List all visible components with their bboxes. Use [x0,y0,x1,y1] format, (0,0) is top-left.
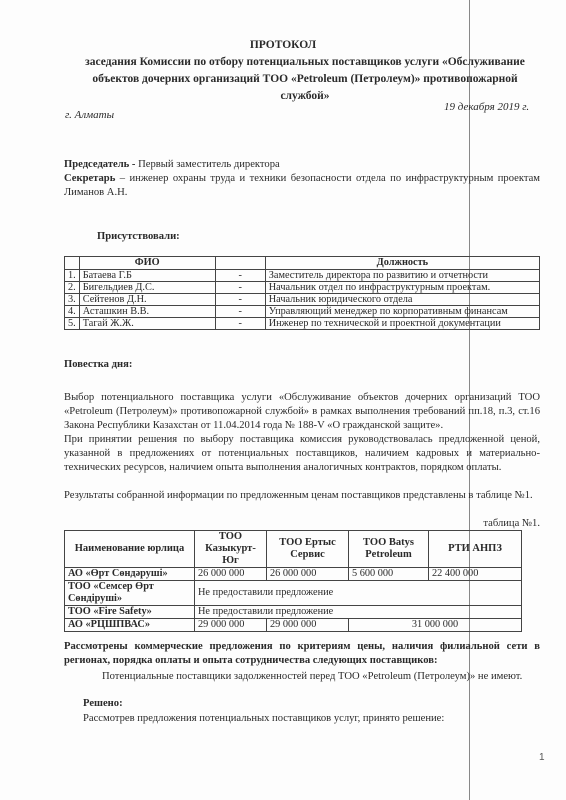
price-cell: 5 600 000 [349,568,429,581]
table-caption: таблица №1. [64,517,540,531]
table-row: 5.Тагай Ж.Ж.-Инженер по технической и пр… [65,318,540,330]
table-row: АО «Өрт Сөндәруші»26 000 00026 000 0005 … [65,568,522,581]
table-row: 1.Батаева Г.Б-Заместитель директора по р… [65,270,540,282]
price-table: Наименование юрлица ТОО Казыкурт-Юг ТОО … [64,530,522,632]
member-num: 4. [65,306,80,318]
review-heading: Рассмотрены коммерческие предложения по … [64,640,540,668]
agenda-paragraph-3: Результаты собранной информации по предл… [64,489,540,503]
table-row: 3.Сейтенов Д.Н.-Начальник юридического о… [65,294,540,306]
price-cell: 31 000 000 [349,619,522,632]
members-table: ФИО Должность 1.Батаева Г.Б-Заместитель … [64,256,540,330]
member-num: 5. [65,318,80,330]
price-cell: 29 000 000 [267,619,349,632]
member-position: Управляющий менеджер по корпоративным фи… [265,306,539,318]
secretary-label: Секретарь [64,173,115,184]
chair-label: Председатель - [64,159,135,170]
document-title: ПРОТОКОЛ [0,39,566,51]
member-name: Батаева Г.Б [79,270,215,282]
header-ertys: ТОО Ертыс Сервис [267,531,349,568]
document-date: 19 декабря 2019 г. [444,101,529,113]
chair-text: Первый заместитель директора [135,159,279,170]
agenda-paragraph-1: Выбор потенциального поставщика услуги «… [64,391,540,433]
header-rti-anpz: РТИ АНПЗ [429,531,522,568]
entity-name: ТОО «Семсер Өрт Сөндіруші» [65,581,195,606]
table-row: АО «РЦШПВАС»29 000 00029 000 00031 000 0… [65,619,522,632]
entity-name: ТОО «Fire Safety» [65,606,195,619]
member-position: Начальник отдел по инфраструктурным прое… [265,282,539,294]
member-position: Заместитель директора по развитию и отче… [265,270,539,282]
entity-name: АО «Өрт Сөндәруші» [65,568,195,581]
header-blank [215,257,265,270]
member-name: Бигельдиев Д.С. [79,282,215,294]
agenda-paragraph-2: При принятии решения по выбору поставщик… [64,433,540,475]
entity-name: АО «РЦШПВАС» [65,619,195,632]
member-name: Сейтенов Д.Н. [79,294,215,306]
member-dash: - [215,270,265,282]
price-cell: 26 000 000 [267,568,349,581]
member-dash: - [215,294,265,306]
price-cell: 26 000 000 [195,568,267,581]
header-batys: ТОО Batys Petroleum [349,531,429,568]
header-name: ФИО [79,257,215,270]
member-num: 3. [65,294,80,306]
member-name: Тагай Ж.Ж. [79,318,215,330]
agenda-heading: Повестка дня: [64,358,540,372]
page-number: 1 [539,752,545,763]
table-row: ТОО «Семсер Өрт Сөндіруші»Не предоставил… [65,581,522,606]
document-subtitle: заседания Комиссии по отбору потенциальн… [70,54,540,105]
table-row: ТОО «Fire Safety»Не предоставили предлож… [65,606,522,619]
member-num: 2. [65,282,80,294]
table-row: 4.Асташкин В.В.-Управляющий менеджер по … [65,306,540,318]
review-paragraph-2: Рассмотрев предложения потенциальных пос… [83,712,523,726]
member-num: 1. [65,270,80,282]
price-cell: 29 000 000 [195,619,267,632]
review-paragraph-1: Потенциальные поставщики задолженностей … [64,670,540,684]
member-position: Инженер по технической и проектной докум… [265,318,539,330]
member-dash: - [215,282,265,294]
secretary-line: Секретарь – инженер охраны труда и техни… [64,172,540,200]
header-entity: Наименование юрлица [65,531,195,568]
present-heading: Присутствовали: [97,230,397,244]
document-city: г. Алматы [65,109,114,121]
member-name: Асташкин В.В. [79,306,215,318]
no-offer-note: Не предоставили предложение [195,581,522,606]
secretary-text: – инженер охраны труда и техники безопас… [64,173,540,198]
member-dash: - [215,306,265,318]
price-cell: 22 400 000 [429,568,522,581]
header-kazykurt: ТОО Казыкурт-Юг [195,531,267,568]
decided-label: Решено: [83,697,283,711]
header-num [65,257,80,270]
no-offer-note: Не предоставили предложение [195,606,522,619]
member-dash: - [215,318,265,330]
chair-line: Председатель - Первый заместитель директ… [64,158,540,172]
member-position: Начальник юридического отдела [265,294,539,306]
price-header-row: Наименование юрлица ТОО Казыкурт-Юг ТОО … [65,531,522,568]
members-header-row: ФИО Должность [65,257,540,270]
table-row: 2.Бигельдиев Д.С.-Начальник отдел по инф… [65,282,540,294]
header-position: Должность [265,257,539,270]
